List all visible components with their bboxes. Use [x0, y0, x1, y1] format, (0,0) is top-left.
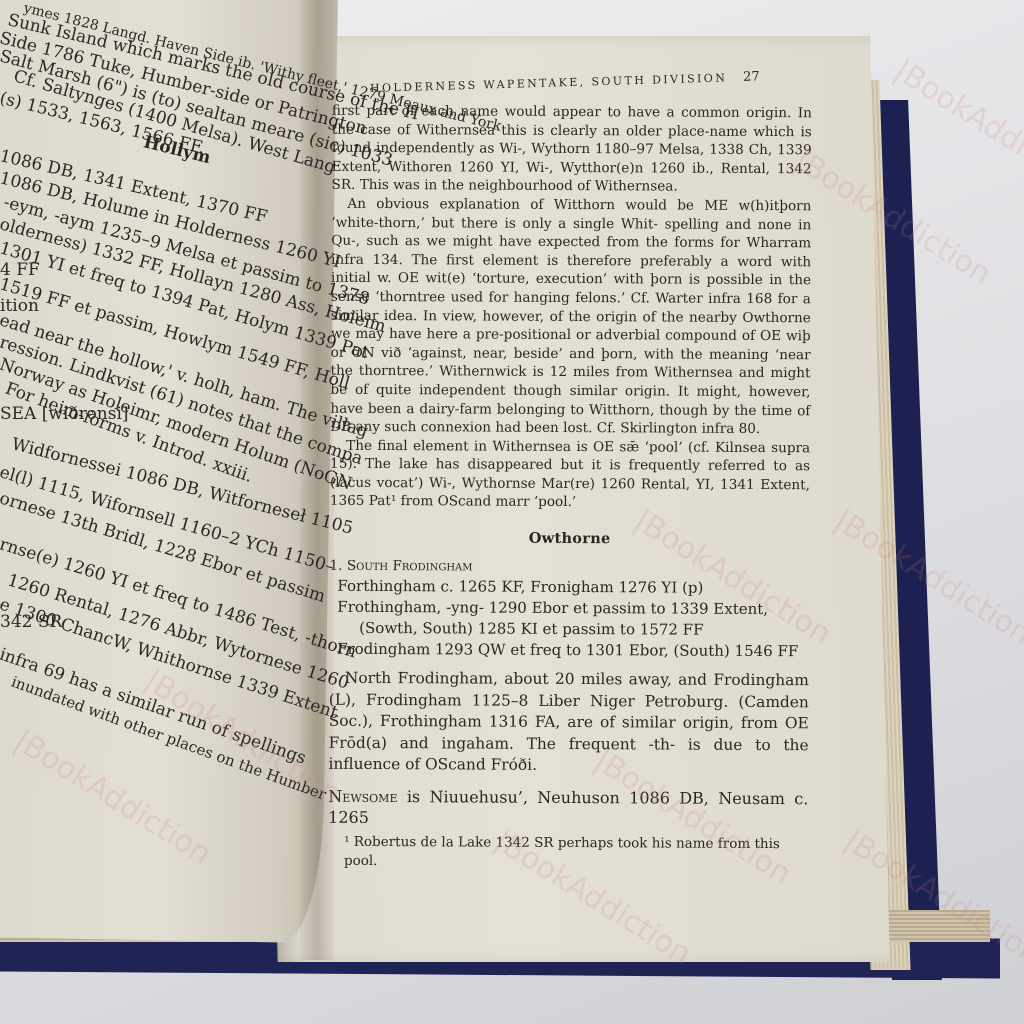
- form-line: Frodingham 1293 QW et freq to 1301 Ebor,…: [337, 639, 809, 662]
- newsome-entry: Newsome is Niuuehusu’, Neuhuson 1086 DB,…: [328, 785, 808, 831]
- left-line: 342 SR: [0, 612, 62, 632]
- left-line: SEA [wiðrənsi]: [0, 404, 129, 424]
- form-line: Frothingham, -yng- 1290 Ebor et passim t…: [337, 597, 809, 620]
- paragraph-witthorn-explanation: An obvious explanation of Witthorn would…: [330, 195, 811, 439]
- form-line: Forthingham c. 1265 KF, Fronigham 1276 Y…: [337, 576, 809, 599]
- right-page-text: Holderness Wapentake, South Division 27 …: [328, 81, 812, 873]
- newsome-text: is Niuuehusu’, Neuhuson 1086 DB, Neusam …: [328, 787, 808, 827]
- page-number: 27: [743, 69, 760, 84]
- newsome-title: Newsome: [328, 786, 397, 805]
- section-heading: Owthorne: [330, 529, 810, 549]
- entry-title: 1. South Frodingham: [329, 558, 809, 577]
- paragraph-final-element: The final element in Withernsea is OE sǣ…: [330, 436, 810, 513]
- entry-name: South Frodingham: [347, 558, 473, 575]
- entry-discussion: North Frodingham, about 20 miles away, a…: [328, 668, 809, 778]
- form-line: (Sowth, South) 1285 KI et passim to 1572…: [359, 618, 809, 641]
- footnote: ¹ Robertus de la Lake 1342 SR perhaps to…: [344, 832, 808, 872]
